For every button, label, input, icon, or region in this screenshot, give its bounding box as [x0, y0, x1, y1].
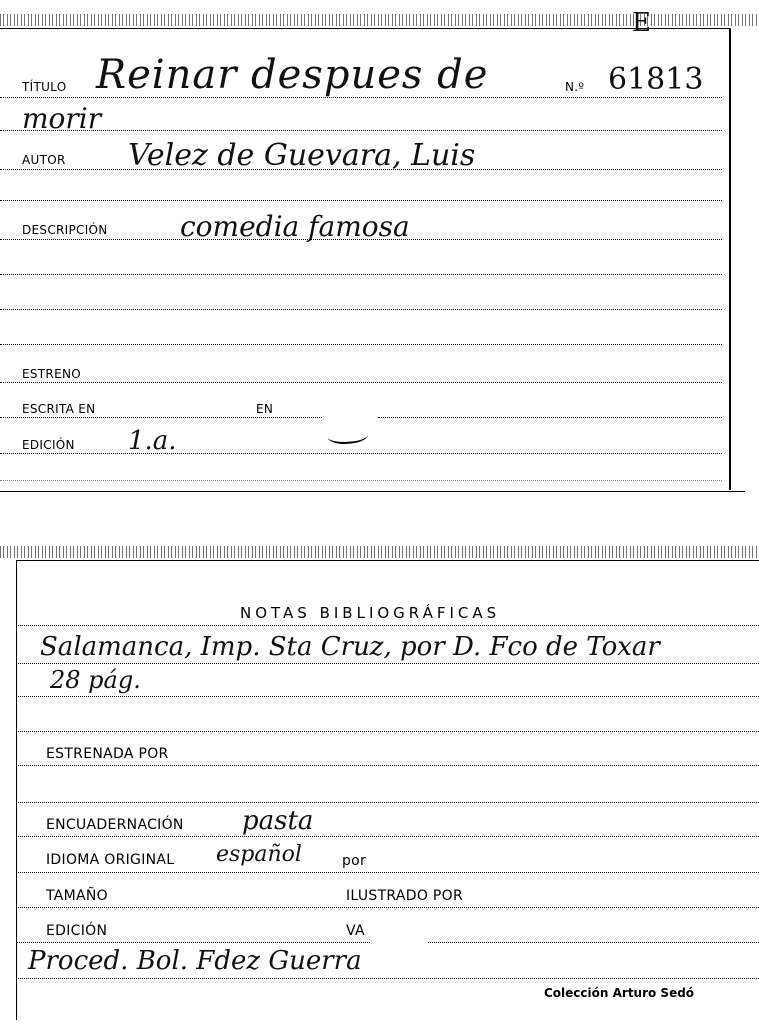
rule-idioma: [16, 872, 759, 873]
idioma-original-value: español: [216, 842, 302, 867]
rule-en: [378, 417, 722, 418]
descripcion-label: DESCRIPCIÓN: [22, 223, 108, 237]
edicion-label: EDICIÓN: [22, 438, 75, 452]
encuadernacion-value: pasta: [242, 806, 313, 836]
rule-blank-1: [16, 731, 759, 732]
rule-descripcion: [0, 239, 722, 240]
rule-estreno: [0, 382, 722, 383]
card-right-border: [729, 28, 731, 490]
titulo-value-text: Reinar despues de: [96, 52, 488, 98]
rule-titulo-2: [0, 130, 722, 131]
rule-edicion: [16, 942, 370, 943]
titulo-label: TÍTULO: [22, 80, 67, 94]
rule-blank-1: [0, 200, 722, 201]
numero-value: 61813: [608, 62, 703, 97]
card-top-border: [16, 560, 759, 561]
rule-notes-1: [16, 663, 759, 664]
collection-footer: Colección Arturo Sedó: [544, 986, 694, 1000]
tamano-label: TAMAÑO: [46, 888, 108, 904]
notes-line-2: 28 pág.: [50, 666, 141, 694]
edicion-value: 1.a.: [128, 426, 177, 456]
autor-label: AUTOR: [22, 153, 66, 167]
notas-heading: NOTAS BIBLIOGRÁFICAS: [240, 604, 500, 622]
procedencia-value: Proced. Bol. Fdez Guerra: [28, 946, 362, 976]
rule-edicion: [0, 453, 722, 454]
notes-line-1: Salamanca, Imp. Sta Cruz, por D. Fco de …: [40, 632, 660, 662]
rule-autor: [0, 169, 722, 170]
escrita-en-label: ESCRITA EN: [22, 402, 95, 416]
rule-encuadernacion: [16, 836, 759, 837]
numero-annotation: E: [632, 8, 651, 38]
rule-notes-2: [16, 696, 759, 697]
rule-tamano: [16, 907, 759, 908]
rule-blank-2: [0, 274, 722, 275]
rule-blank-4: [0, 344, 722, 345]
catalog-card-front: TÍTULO Reinar despues de N.º 61813 E mor…: [0, 0, 759, 500]
rule-titulo: [0, 97, 722, 98]
ink-mark: [328, 428, 368, 444]
rule-procedencia: [16, 978, 759, 979]
card-edge-texture: [0, 546, 759, 558]
rule-blank-2: [16, 802, 759, 803]
card-left-border: [16, 560, 17, 1020]
rule-estrenada-por: [16, 765, 759, 766]
card-bottom-border: [0, 491, 745, 492]
catalog-card-back: NOTAS BIBLIOGRÁFICAS Salamanca, Imp. Sta…: [0, 540, 759, 1028]
numero-label: N.º: [565, 80, 584, 94]
estreno-label: ESTRENO: [22, 367, 81, 381]
rule-bottom-faint: [0, 480, 722, 481]
edicion-label: EDICIÓN: [46, 923, 107, 939]
encuadernacion-label: ENCUADERNACIÓN: [46, 817, 184, 833]
ilustrado-por-label: ILUSTRADO POR: [346, 888, 463, 904]
rule-va: [428, 942, 759, 943]
en-label: EN: [256, 402, 273, 416]
va-label: VA: [346, 923, 365, 939]
autor-value: Velez de Guevara, Luis: [128, 138, 475, 173]
titulo-value: Reinar despues de: [96, 52, 488, 98]
card-top-border: [0, 28, 730, 29]
rule-blank-3: [0, 309, 722, 310]
por-label: por: [342, 853, 366, 869]
estrenada-por-label: ESTRENADA POR: [46, 746, 169, 762]
rule-heading: [16, 625, 759, 626]
rule-escrita-en: [0, 417, 322, 418]
idioma-original-label: IDIOMA ORIGINAL: [46, 852, 174, 868]
